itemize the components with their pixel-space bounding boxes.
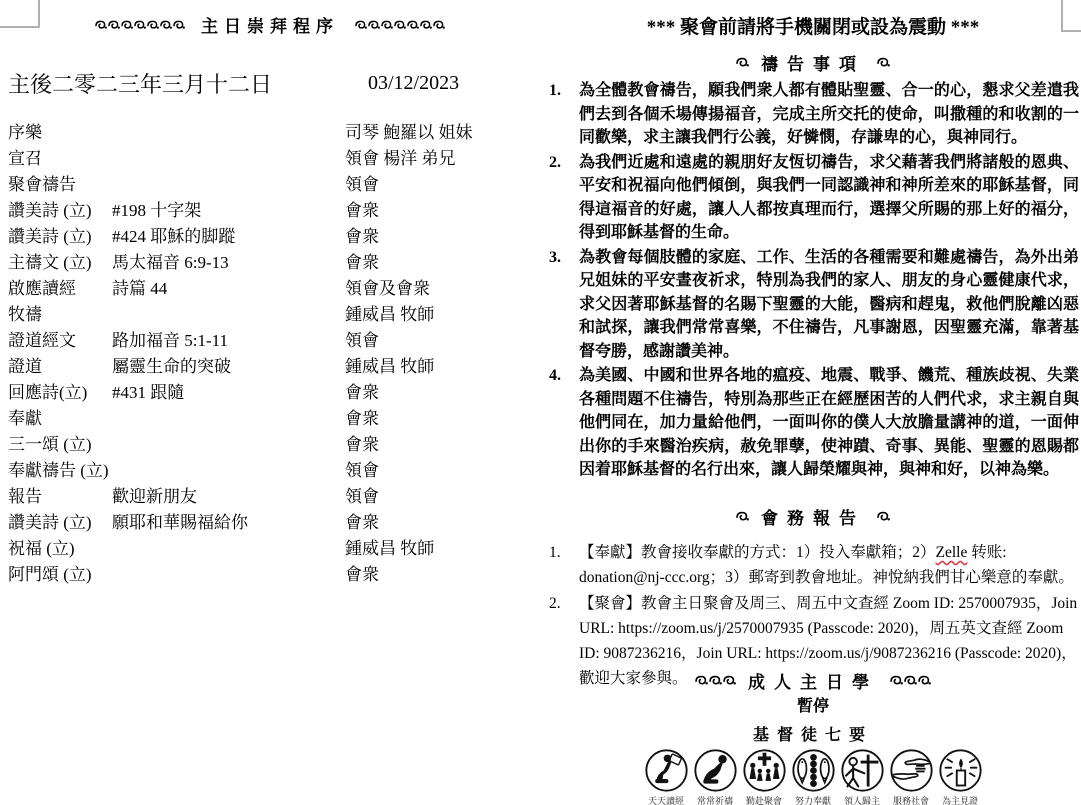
scroll-ornament-icon — [877, 57, 890, 68]
program-item-detail: 馬太福音 6:9-13 — [112, 248, 229, 273]
scroll-ornament-icon — [394, 20, 406, 30]
essential-label: 領人歸主 — [844, 794, 880, 805]
service-date-chinese: 主後二零二三年三月十二日 — [8, 68, 272, 99]
program-row: 報告 歡迎新朋友 領會 — [8, 482, 538, 508]
scroll-ornament-icon — [877, 511, 890, 522]
program-item-role: 領會 — [345, 456, 379, 481]
scroll-ornament-icon — [695, 675, 708, 686]
scroll-ornament-icon — [108, 20, 120, 30]
fish-and-coins-icon — [791, 748, 836, 793]
prayer-item-text: 為教會每個肢體的家庭、工作、生活的各種需要和難處禱告，為外出弟兄姐妹的平安晝夜祈… — [579, 246, 1079, 364]
essential-item: 領人歸主 — [839, 748, 886, 805]
prayer-item: 3. 為教會每個肢體的家庭、工作、生活的各種需要和難處禱告，為外出弟兄姐妹的平安… — [547, 246, 1079, 364]
program-row: 讚美詩 (立) #198 十字架 會衆 — [8, 196, 538, 222]
announcement-item: 1. 【奉獻】教會接收奉獻的方式：1）投入奉獻箱；2）Zelle 转账: don… — [547, 540, 1079, 590]
program-item-role: 會衆 — [345, 508, 379, 533]
sunday-school-heading-text: 成人主日學 — [748, 668, 878, 693]
program-item-role: 領會及會衆 — [345, 274, 430, 299]
program-item-detail: 歡迎新朋友 — [112, 482, 197, 507]
program-item-label: 奉獻 — [8, 404, 42, 429]
prayer-item: 4. 為美國、中國和世界各地的瘟疫、地震、戰爭、饑荒、種族歧視、失業各種問題不住… — [547, 364, 1079, 482]
program-row: 阿門頌 (立) 會衆 — [8, 560, 538, 586]
program-row: 牧禱 鍾威昌 牧師 — [8, 300, 538, 326]
program-item-role: 鍾威昌 牧師 — [345, 534, 434, 559]
serving-hands-icon — [889, 748, 934, 793]
program-item-role: 領會 — [345, 482, 379, 507]
program-item-label: 證道經文 — [8, 326, 76, 351]
program-item-role: 鍾威昌 牧師 — [345, 352, 434, 377]
prayer-item-number: 3. — [547, 246, 579, 364]
scroll-ornament-icon — [420, 20, 432, 30]
program-row: 主禱文 (立) 馬太福音 6:9-13 會衆 — [8, 248, 538, 274]
scroll-ornament-icon — [160, 20, 172, 30]
prayer-item: 1. 為全體教會禱告，願我們衆人都有體貼聖靈、合一的心，懇求父差遣我們去到各個禾… — [547, 79, 1079, 150]
program-item-label: 宣召 — [8, 144, 42, 169]
program-item-label: 祝福 (立) — [8, 534, 75, 559]
scroll-ornament-icon — [147, 20, 159, 30]
essential-item: 為主見證 — [937, 748, 984, 805]
scroll-ornament-row — [890, 675, 931, 686]
essential-item: 勤赴聚會 — [741, 748, 788, 805]
program-title-row: 主日崇拜程序 — [0, 12, 540, 37]
program-row: 聚會禱告 領會 — [8, 170, 538, 196]
announcement-item-text: 【奉獻】教會接收奉獻的方式：1）投入奉獻箱；2）Zelle 转账: donati… — [579, 540, 1079, 590]
kneeling-praying-icon — [693, 748, 738, 793]
prayer-item-number: 2. — [547, 151, 579, 245]
program-item-detail: #198 十字架 — [112, 196, 201, 221]
scroll-ornament-icon — [433, 20, 445, 30]
prayer-section-heading: 禱告事項 — [545, 50, 1081, 75]
program-item-label: 回應詩(立) — [8, 378, 87, 403]
program-item-label: 啟應讀經 — [8, 274, 76, 299]
program-item-detail: 詩篇 44 — [112, 274, 167, 299]
worship-program-pane: 主日崇拜程序 主後二零二三年三月十二日 03/12/2023 序樂 司琴 鮑羅以… — [0, 0, 540, 805]
program-row: 讚美詩 (立) 願耶和華賜福給你 會衆 — [8, 508, 538, 534]
program-item-role: 領會 — [345, 326, 379, 351]
program-item-label: 三一頌 (立) — [8, 430, 92, 455]
prayer-item-text: 為美國、中國和世界各地的瘟疫、地震、戰爭、饑荒、種族歧視、失業各種問題不住禱告，… — [579, 364, 1079, 482]
scroll-ornament-icon — [95, 20, 107, 30]
essential-item: 服務社會 — [888, 748, 935, 805]
program-row: 奉獻 會衆 — [8, 404, 538, 430]
program-item-role: 會衆 — [345, 378, 379, 403]
scroll-ornament-icon — [381, 20, 393, 30]
program-row: 三一頌 (立) 會衆 — [8, 430, 538, 456]
program-item-detail: 願耶和華賜福給你 — [112, 508, 248, 533]
announcement-item-number: 1. — [547, 540, 579, 590]
scroll-ornament-icon — [407, 20, 419, 30]
program-row: 祝福 (立) 鍾威昌 牧師 — [8, 534, 538, 560]
prayer-list: 1. 為全體教會禱告，願我們衆人都有體貼聖靈、合一的心，懇求父差遣我們去到各個禾… — [547, 79, 1079, 483]
program-item-detail: #424 耶穌的脚蹤 — [112, 222, 235, 247]
essential-item: 天天讀經 — [643, 748, 690, 805]
essential-item: 努力奉獻 — [790, 748, 837, 805]
program-item-detail: #431 跟隨 — [112, 378, 184, 403]
program-item-label: 聚會禱告 — [8, 170, 76, 195]
program-item-label: 報告 — [8, 482, 42, 507]
program-item-label: 序樂 — [8, 118, 42, 143]
essential-item: 常常祈禱 — [692, 748, 739, 805]
essential-label: 常常祈禱 — [697, 794, 733, 805]
program-row: 奉獻禱告 (立) 領會 — [8, 456, 538, 482]
scroll-ornament-icon — [173, 20, 185, 30]
prayer-item: 2. 為我們近處和遠處的親朋好友恆切禱告，求父藉著我們將諸般的恩典、平安和祝福向… — [547, 151, 1079, 245]
program-item-label: 讚美詩 (立) — [8, 222, 92, 247]
program-item-label: 阿門頌 (立) — [8, 560, 92, 585]
kneeling-reading-icon — [644, 748, 689, 793]
page-title: 主日崇拜程序 — [201, 12, 339, 37]
program-row: 宣召 領會 楊洋 弟兄 — [8, 144, 538, 170]
program-item-label: 奉獻禱告 (立) — [8, 456, 109, 481]
scroll-ornament-row — [95, 20, 185, 30]
prayer-item-text: 為全體教會禱告，願我們衆人都有體貼聖靈、合一的心，懇求父差遣我們去到各個禾場傳揚… — [579, 79, 1079, 150]
program-row: 序樂 司琴 鮑羅以 姐妹 — [8, 118, 538, 144]
sunday-school-status: 暫停 — [545, 693, 1081, 716]
program-item-detail: 屬靈生命的突破 — [112, 352, 231, 377]
essential-label: 服務社會 — [893, 794, 929, 805]
announcements-section-heading: 會務報告 — [545, 504, 1081, 529]
program-item-detail: 路加福音 5:1-11 — [112, 326, 228, 351]
scroll-ornament-icon — [134, 20, 146, 30]
program-row: 回應詩(立) #431 跟隨 會衆 — [8, 378, 538, 404]
program-item-label: 主禱文 (立) — [8, 248, 92, 273]
prayer-item-number: 4. — [547, 364, 579, 482]
scroll-ornament-icon — [918, 675, 931, 686]
phone-silence-notice: *** 聚會前請將手機關閉或設為震動 *** — [545, 12, 1081, 39]
essential-label: 為主見證 — [942, 794, 978, 805]
program-item-role: 會衆 — [345, 222, 379, 247]
prayer-item-number: 1. — [547, 79, 579, 150]
program-item-role: 會衆 — [345, 404, 379, 429]
congregation-cross-icon — [742, 748, 787, 793]
scroll-ornament-row — [695, 675, 736, 686]
essential-label: 勤赴聚會 — [746, 794, 782, 805]
essential-label: 天天讀經 — [648, 794, 684, 805]
program-item-label: 證道 — [8, 352, 42, 377]
program-item-role: 鍾威昌 牧師 — [345, 300, 434, 325]
program-row: 啟應讀經 詩篇 44 領會及會衆 — [8, 274, 538, 300]
spellcheck-flagged-word: Zelle — [936, 544, 968, 561]
seven-essentials-title: 基督徒七要 — [545, 722, 1081, 745]
service-date-numeric: 03/12/2023 — [368, 72, 459, 95]
program-item-role: 會衆 — [345, 196, 379, 221]
seven-essentials-row: 天天讀經 常常祈禱 — [545, 748, 1081, 805]
scroll-ornament-row — [355, 20, 445, 30]
scroll-ornament-icon — [121, 20, 133, 30]
program-row: 讚美詩 (立) #424 耶穌的脚蹤 會衆 — [8, 222, 538, 248]
lead-to-cross-icon — [840, 748, 885, 793]
scroll-ornament-icon — [904, 675, 917, 686]
scroll-ornament-icon — [890, 675, 903, 686]
scroll-ornament-icon — [736, 57, 749, 68]
scroll-ornament-icon — [355, 20, 367, 30]
program-row: 證道 屬靈生命的突破 鍾威昌 牧師 — [8, 352, 538, 378]
announcements-pane: *** 聚會前請將手機關閉或設為震動 *** 禱告事項 1. 為全體教會禱告，願… — [545, 0, 1081, 805]
scroll-ornament-icon — [723, 675, 736, 686]
scroll-ornament-icon — [709, 675, 722, 686]
program-row: 證道經文 路加福音 5:1-11 領會 — [8, 326, 538, 352]
program-item-role: 領會 楊洋 弟兄 — [345, 144, 456, 169]
program-item-label: 牧禱 — [8, 300, 42, 325]
program-item-label: 讚美詩 (立) — [8, 196, 92, 221]
program-item-role: 領會 — [345, 170, 379, 195]
scroll-ornament-icon — [736, 511, 749, 522]
program-item-role: 會衆 — [345, 560, 379, 585]
offering-text-pre: 【奉獻】教會接收奉獻的方式：1）投入奉獻箱；2） — [579, 544, 936, 561]
program-item-label: 讚美詩 (立) — [8, 508, 92, 533]
program-item-role: 會衆 — [345, 248, 379, 273]
prayer-item-text: 為我們近處和遠處的親朋好友恆切禱告，求父藉著我們將諸般的恩典、平安和祝福向他們傾… — [579, 151, 1079, 245]
essential-label: 努力奉獻 — [795, 794, 831, 805]
seven-essentials-block: 基督徒七要 天天讀經 常常祈禱 — [545, 722, 1081, 805]
program-item-role: 司琴 鮑羅以 姐妹 — [345, 118, 473, 143]
scroll-ornament-icon — [368, 20, 380, 30]
candle-light-icon — [938, 748, 983, 793]
program-item-role: 會衆 — [345, 430, 379, 455]
sunday-school-heading: 成人主日學 — [545, 668, 1081, 693]
prayer-heading-text: 禱告事項 — [761, 50, 865, 75]
announcements-heading-text: 會務報告 — [761, 504, 865, 529]
